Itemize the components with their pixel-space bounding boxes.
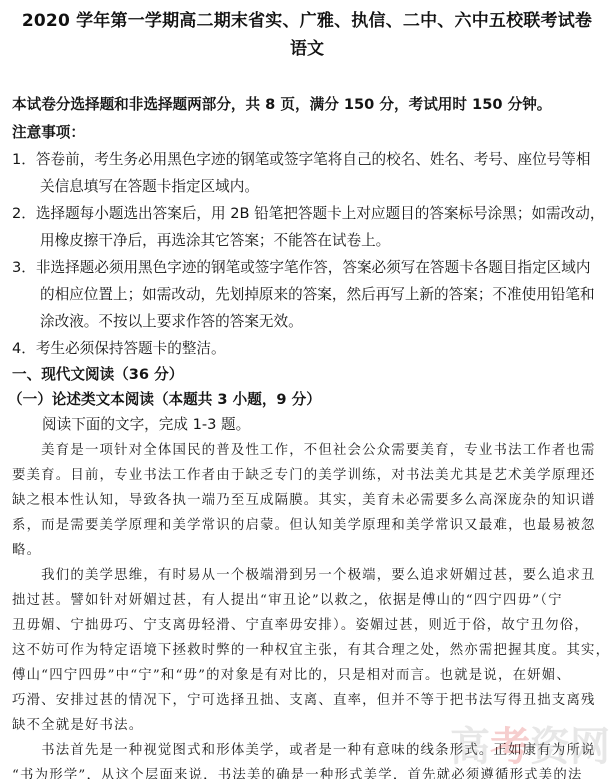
note-item-3-line3: 涂改液。不按以上要求作答的答案无效。 (40, 310, 303, 331)
note-item-2-line1: 2．选择题每小题选出答案后，用 2B 铅笔把答题卡上对应题目的答案标号涂黑；如需… (12, 202, 604, 223)
passage-line: 傅山“四宁四毋”中“宁”和“毋”的对象是有对比的，只是相对而言。也就是说，在妍媚… (12, 664, 571, 683)
passage-line: 美育是一项针对全体国民的普及性工作，不但社会公众需要美育，专业书法工作者也需 (12, 439, 596, 458)
exam-title: 2020 学年第一学期高二期末省实、广雅、执信、二中、六中五校联考试卷 (0, 6, 614, 31)
passage-line: 拙过甚。譬如针对妍媚过甚，有人提出“审丑论”以救之，依据是傅山的“四宁四毋”（宁 (12, 589, 563, 608)
passage-line: 缺之根本性认知，导致各执一端乃至互成隔膜。其实，美育未必需要多么高深庞杂的知识谱 (12, 489, 596, 508)
section-heading: 一、现代文阅读（36 分） (12, 363, 183, 384)
note-item-4-line1: 4．考生必须保持答题卡的整洁。 (12, 337, 226, 358)
reading-instruction: 阅读下面的文字，完成 1-3 题。 (42, 413, 250, 434)
passage-line: “书为形学”，从这个层面来说，书法美的确是一种形式美学，首先就必须遵循形式美的法 (12, 764, 583, 779)
note-item-2-line2: 用橡皮擦干净后，再选涂其它答案；不能答在试卷上。 (40, 229, 390, 250)
exam-intro: 本试卷分选择题和非选择题两部分，共 8 页，满分 150 分，考试用时 150 … (12, 93, 551, 114)
passage-line: 略。 (12, 539, 41, 558)
passage-line: 系，而是需要美学原理和美学常识的启蒙。但认知美学原理和美学常识又最难，也最易被忽 (12, 514, 596, 533)
passage-line: 我们的美学思维，有时易从一个极端滑到另一个极端，要么追求妍媚过甚，要么追求丑 (12, 564, 596, 583)
passage-line: 这不妨可作为特定语境下拯救时弊的一种权宜主张，有其合理之处，然亦需把握其度。其实… (12, 639, 610, 658)
passage-line: 丑毋媚、宁拙毋巧、宁支离毋轻滑、宁直率毋安排）。姿媚过甚，则近于俗，故宁丑勿俗， (12, 614, 589, 633)
note-item-1-line1: 1．答卷前，考生务必用黑色字迹的钢笔或签字笔将自己的校名、姓名、考号、座位号等相 (12, 148, 590, 169)
notes-heading: 注意事项： (12, 121, 85, 142)
passage-line: 书法首先是一种视觉图式和形体美学，或者是一种有意味的线条形式。正如康有为所说 (12, 739, 596, 758)
passage-line: 缺不全就是好书法。 (12, 714, 143, 733)
exam-subject: 语文 (0, 34, 614, 59)
section-subheading: （一）论述类文本阅读（本题共 3 小题，9 分） (8, 388, 321, 409)
note-item-1-line2: 关信息填写在答题卡指定区域内。 (40, 175, 259, 196)
passage-line: 巧滑、安排过甚的情况下，宁可选择丑拙、支离、直率，但并不等于把书法写得丑拙支离残 (12, 689, 596, 708)
note-item-3-line1: 3．非选择题必须用黑色字迹的钢笔或签字笔作答，答案必须写在答题卡各题目指定区域内 (12, 256, 590, 277)
passage-line: 要美育。目前，专业书法工作者由于缺乏专门的美学训练，对书法美尤其是艺术美学原理还 (12, 464, 596, 483)
note-item-3-line2: 的相应位置上；如需改动，先划掉原来的答案，然后再写上新的答案；不准使用铅笔和 (40, 283, 595, 304)
